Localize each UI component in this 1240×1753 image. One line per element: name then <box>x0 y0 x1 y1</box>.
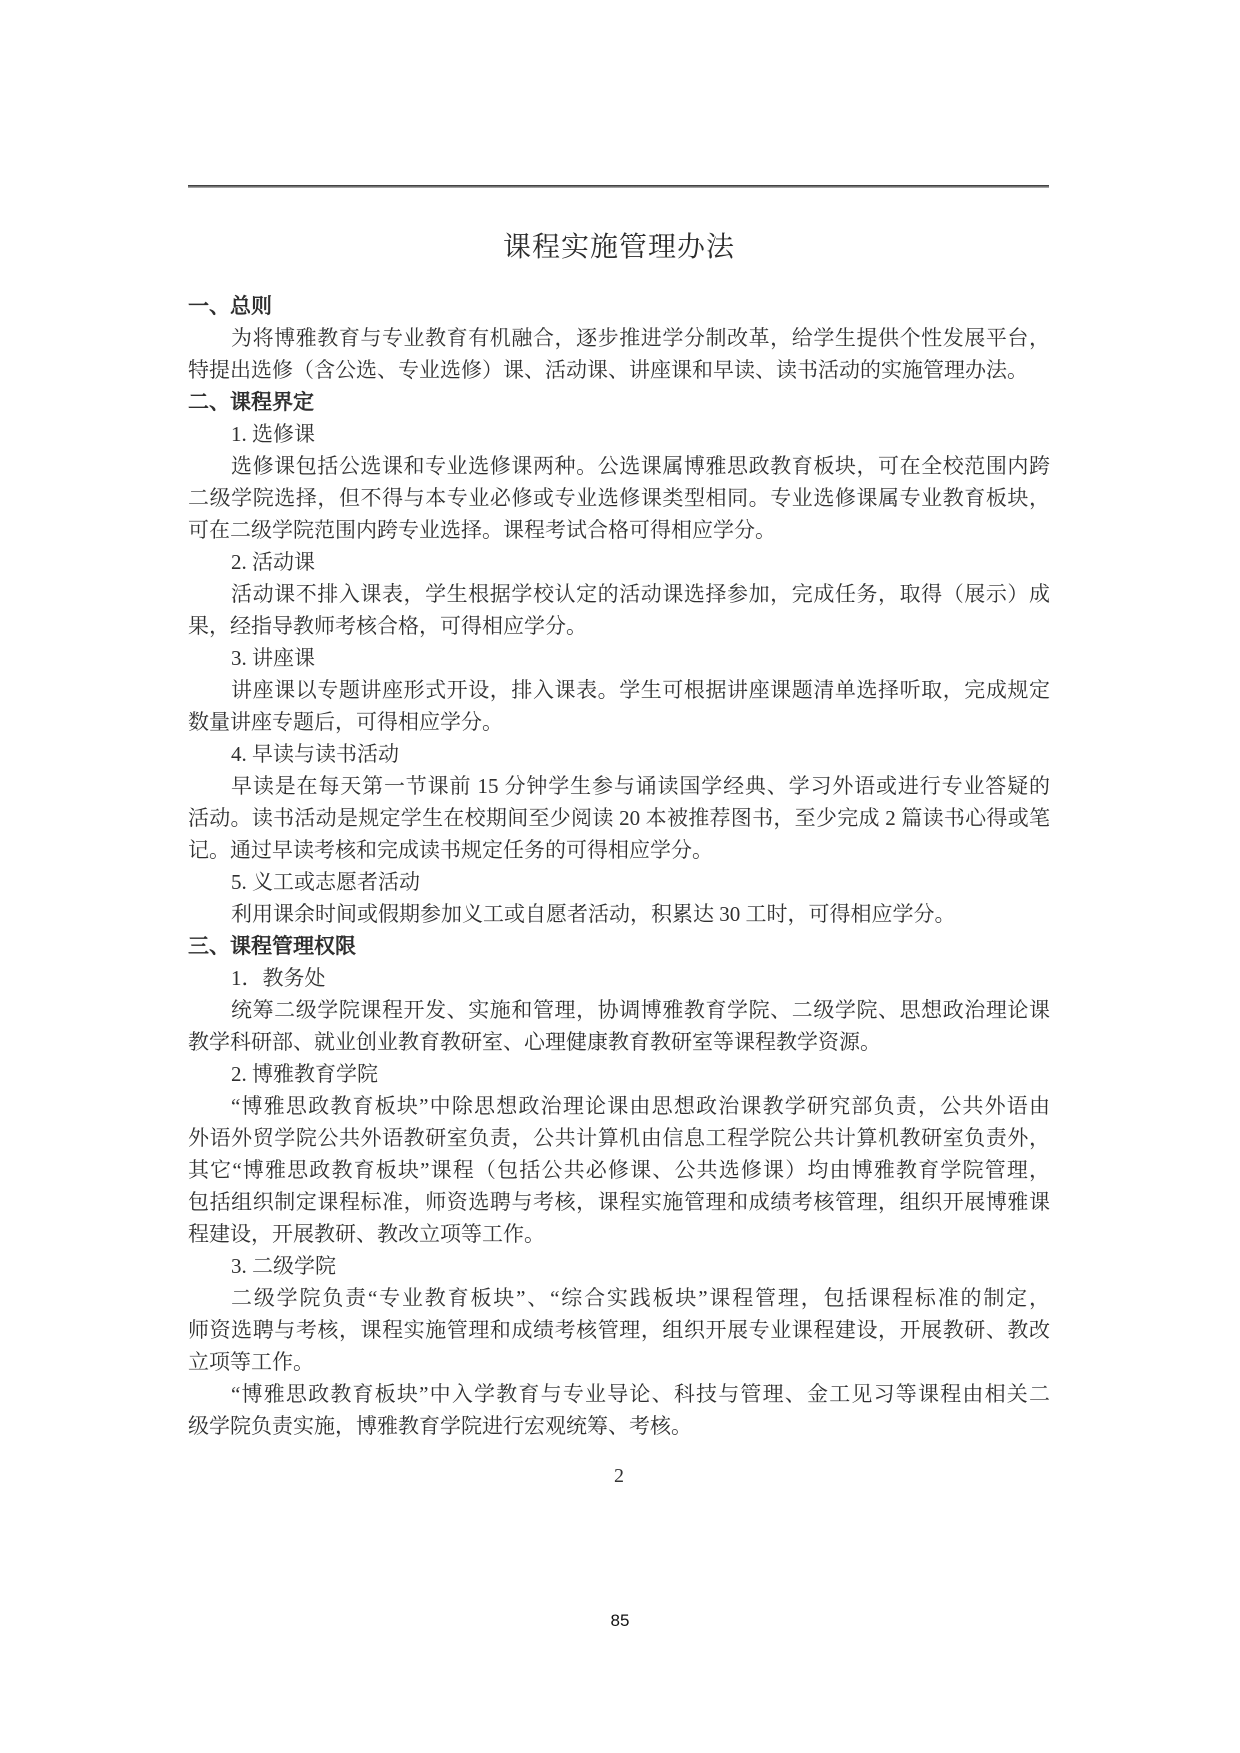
text-line: 外语外贸学院公共外语教研室负责，公共计算机由信息工程学院公共计算机教研室负责外， <box>188 1122 1050 1154</box>
text-line: 为将博雅教育与专业教育有机融合，逐步推进学分制改革，给学生提供个性发展平台， <box>188 322 1050 354</box>
text-line: 特提出选修（含公选、专业选修）课、活动课、讲座课和早读、读书活动的实施管理办法。 <box>188 354 1050 386</box>
text-line: “博雅思政教育板块”中入学教育与专业导论、科技与管理、金工见习等课程由相关二 <box>188 1378 1050 1410</box>
text-line: 讲座课以专题讲座形式开设，排入课表。学生可根据讲座课题清单选择听取，完成规定 <box>188 674 1050 706</box>
text-line: 数量讲座专题后，可得相应学分。 <box>188 706 1050 738</box>
page-number: 85 <box>0 1608 1240 1634</box>
scan-page-number: 2 <box>188 1460 1050 1492</box>
text-line: 早读是在每天第一节课前 15 分钟学生参与诵读国学经典、学习外语或进行专业答疑的 <box>188 770 1050 802</box>
text-line: 选修课包括公选课和专业选修课两种。公选课属博雅思政教育板块，可在全校范围内跨 <box>188 450 1050 482</box>
text-line: 1. 选修课 <box>188 418 1050 450</box>
text-line: 记。通过早读考核和完成读书规定任务的可得相应学分。 <box>188 834 1050 866</box>
text-line: 5. 义工或志愿者活动 <box>188 866 1050 898</box>
text-line: 二级学院选择，但不得与本专业必修或专业选修课类型相同。专业选修课属专业教育板块， <box>188 482 1050 514</box>
text-line: 级学院负责实施，博雅教育学院进行宏观统筹、考核。 <box>188 1410 1050 1442</box>
text-line: 3. 二级学院 <box>188 1250 1050 1282</box>
text-line: “博雅思政教育板块”中除思想政治理论课由思想政治课教学研究部负责，公共外语由 <box>188 1090 1050 1122</box>
header-rule <box>188 185 1049 188</box>
text-line: 活动课不排入课表，学生根据学校认定的活动课选择参加，完成任务，取得（展示）成 <box>188 578 1050 610</box>
text-line: 二级学院负责“专业教育板块”、“综合实践板块”课程管理，包括课程标准的制定， <box>188 1282 1050 1314</box>
text-line: 可在二级学院范围内跨专业选择。课程考试合格可得相应学分。 <box>188 514 1050 546</box>
document-title: 课程实施管理办法 <box>188 231 1050 265</box>
text-line: 二、课程界定 <box>188 386 1050 418</box>
document-page: 课程实施管理办法 一、总则为将博雅教育与专业教育有机融合，逐步推进学分制改革，给… <box>0 0 1240 1753</box>
text-line: 包括组织制定课程标准，师资选聘与考核，课程实施管理和成绩考核管理，组织开展博雅课 <box>188 1186 1050 1218</box>
text-line: 1．教务处 <box>188 962 1050 994</box>
text-line: 果，经指导教师考核合格，可得相应学分。 <box>188 610 1050 642</box>
text-line: 统筹二级学院课程开发、实施和管理，协调博雅教育学院、二级学院、思想政治理论课 <box>188 994 1050 1026</box>
text-line: 其它“博雅思政教育板块”课程（包括公共必修课、公共选修课）均由博雅教育学院管理， <box>188 1154 1050 1186</box>
document-body: 一、总则为将博雅教育与专业教育有机融合，逐步推进学分制改革，给学生提供个性发展平… <box>188 290 1050 1442</box>
text-line: 活动。读书活动是规定学生在校期间至少阅读 20 本被推荐图书，至少完成 2 篇读… <box>188 802 1050 834</box>
text-line: 4. 早读与读书活动 <box>188 738 1050 770</box>
text-line: 利用课余时间或假期参加义工或自愿者活动，积累达 30 工时，可得相应学分。 <box>188 898 1050 930</box>
scanned-document: 课程实施管理办法 一、总则为将博雅教育与专业教育有机融合，逐步推进学分制改革，给… <box>0 0 1240 1540</box>
text-line: 立项等工作。 <box>188 1346 1050 1378</box>
text-line: 三、课程管理权限 <box>188 930 1050 962</box>
text-line: 教学科研部、就业创业教育教研室、心理健康教育教研室等课程教学资源。 <box>188 1026 1050 1058</box>
text-line: 师资选聘与考核，课程实施管理和成绩考核管理，组织开展专业课程建设，开展教研、教改 <box>188 1314 1050 1346</box>
text-line: 程建设，开展教研、教改立项等工作。 <box>188 1218 1050 1250</box>
text-line: 2. 活动课 <box>188 546 1050 578</box>
text-line: 2. 博雅教育学院 <box>188 1058 1050 1090</box>
text-line: 3. 讲座课 <box>188 642 1050 674</box>
text-line: 一、总则 <box>188 290 1050 322</box>
